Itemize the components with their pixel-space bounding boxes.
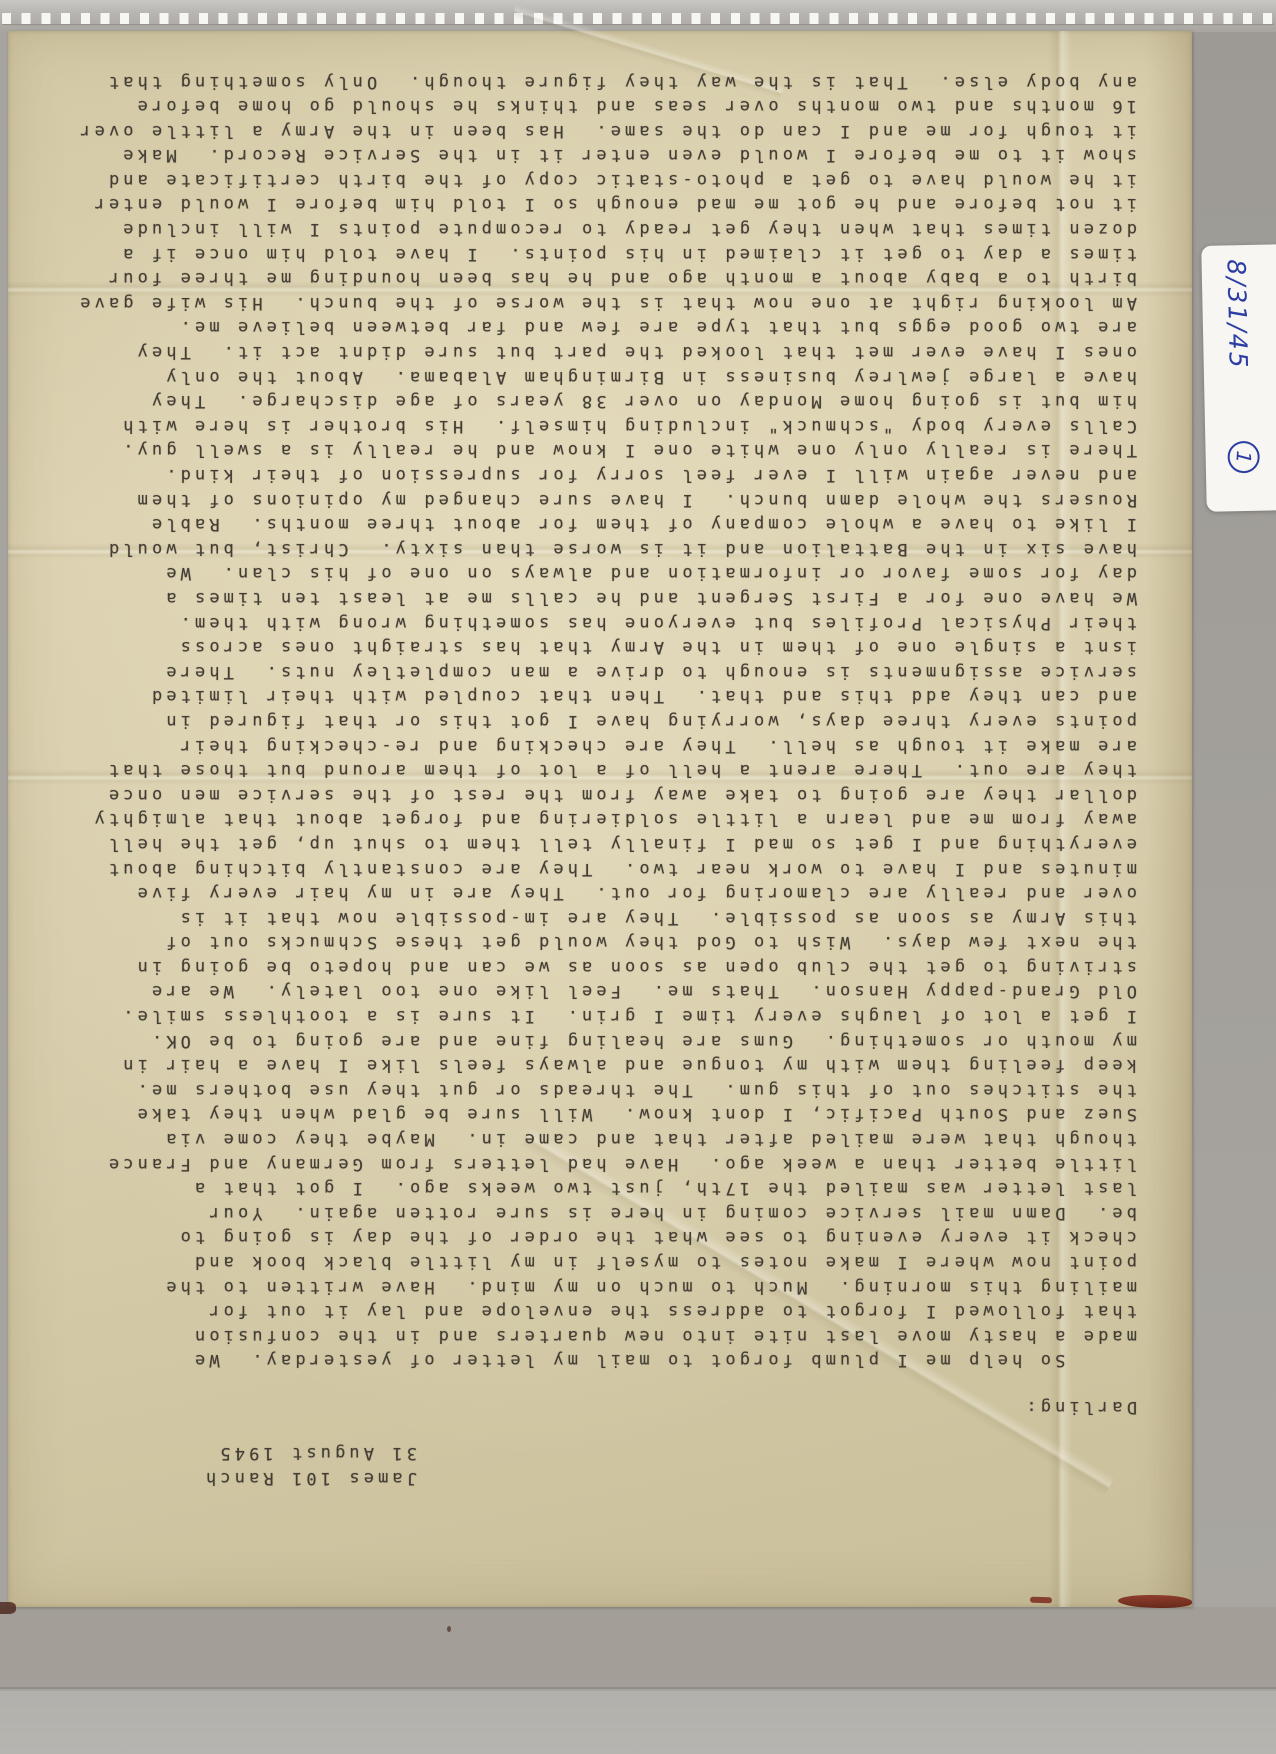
archive-label: 8/31/45 1 bbox=[1201, 244, 1276, 512]
scanner-bottom-lid bbox=[0, 1691, 1276, 1754]
letter-page: James 101 Ranch 31 August 1945 Darling: … bbox=[8, 31, 1192, 1607]
letter-heading: James 101 Ranch 31 August 1945 bbox=[202, 1441, 417, 1490]
letter-salutation: Darling: bbox=[76, 1394, 1137, 1419]
label-handwritten-date: 8/31/45 bbox=[1222, 259, 1253, 370]
letter-text-block: Darling: So help me I plumb forgot to ma… bbox=[76, 69, 1137, 1419]
letter-body: So help me I plumb forgot to mail my let… bbox=[76, 69, 1137, 1372]
perforation-row bbox=[2, 13, 1274, 24]
scanner-bottom-band bbox=[0, 1607, 1276, 1689]
scanned-document-view: James 101 Ranch 31 August 1945 Darling: … bbox=[0, 0, 1276, 1754]
label-page-circle: 1 bbox=[1227, 440, 1261, 474]
scanner-top-strip bbox=[0, 0, 1276, 32]
letter-content-upside-down: James 101 Ranch 31 August 1945 Darling: … bbox=[8, 31, 1192, 1607]
label-page-number: 1 bbox=[1231, 450, 1256, 464]
